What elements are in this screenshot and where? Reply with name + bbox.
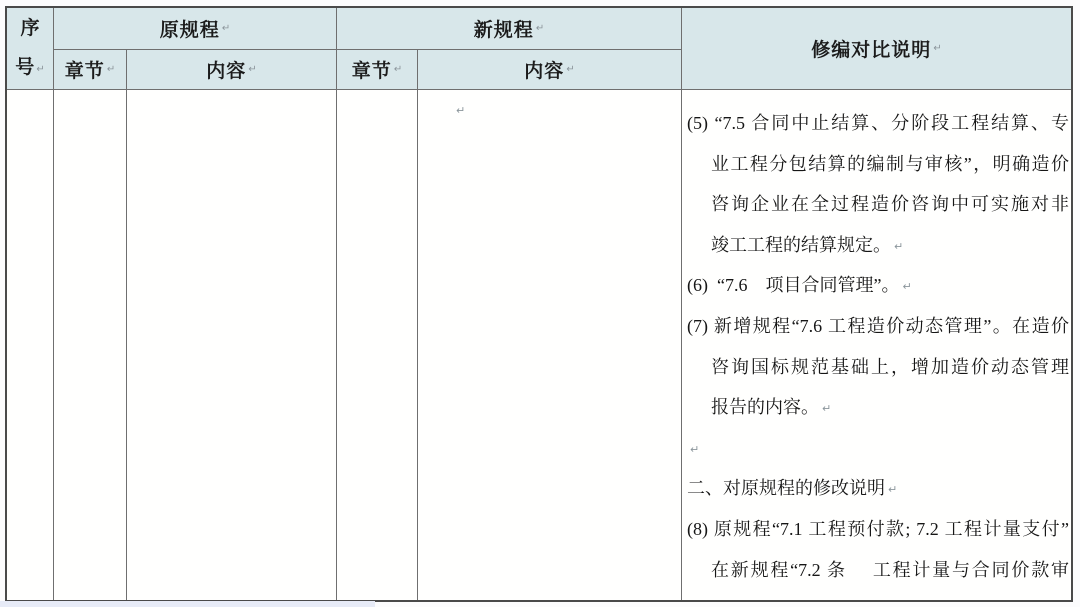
header-new-chapter: 章节↵ — [337, 50, 418, 90]
body-cell-old-content — [127, 90, 337, 600]
header-revision-notes: 修编对比说明↵ — [682, 8, 1071, 90]
header-old-content: 内容↵ — [127, 50, 337, 90]
notes-line: 咨询国标规范基础上，增加造价动态管理 — [711, 347, 1069, 388]
header-serial-char-bottom: 号↵ — [15, 48, 44, 89]
notes-line-text: 报告的内容。 — [711, 397, 819, 417]
header-revision-notes-label: 修编对比说明 — [811, 35, 931, 62]
notes-line: 在新规程“7.2 条 工程计量与合同价款审 — [711, 550, 1069, 591]
header-new-chapter-label: 章节 — [352, 56, 392, 83]
header-new-content-label: 内容 — [524, 56, 564, 83]
header-new-procedure-label: 新规程 — [474, 15, 534, 42]
paragraph-mark-icon: ↵ — [536, 23, 544, 34]
paragraph-mark-icon: ↵ — [690, 443, 699, 456]
paragraph-mark-icon: ↵ — [456, 104, 465, 117]
header-serial-number: 序 号↵ — [7, 8, 54, 90]
body-cell-new-chapter — [337, 90, 418, 600]
notes-line-text: (8) 原规程“7.1 工程预付款; 7.2 工程计量支付” — [687, 519, 1069, 539]
body-cell-serial — [7, 90, 54, 600]
body-cell-revision-notes: (5) “7.5 合同中止结算、分阶段工程结算、专业工程分包结算的编制与审核”，… — [682, 90, 1071, 600]
notes-line: 咨询企业在全过程造价咨询中可实施对非 — [711, 184, 1069, 225]
header-old-content-label: 内容 — [206, 56, 246, 83]
paragraph-mark-icon: ↵ — [894, 240, 903, 253]
header-new-content: 内容↵ — [418, 50, 682, 90]
header-old-procedure-group: 原规程↵ — [54, 8, 337, 50]
notes-line-text: 在新规程“7.2 条 工程计量与合同价款审 — [711, 560, 1069, 580]
header-old-chapter: 章节↵ — [54, 50, 127, 90]
body-cell-old-chapter — [54, 90, 127, 600]
header-old-chapter-label: 章节 — [65, 56, 105, 83]
paragraph-mark-icon: ↵ — [933, 43, 941, 54]
paragraph-mark-icon: ↵ — [902, 280, 911, 293]
notes-line: (6) “7.6 项目合同管理”。↵ — [687, 265, 1069, 306]
notes-line-text: 竣工工程的结算规定。 — [711, 235, 891, 255]
notes-line: 报告的内容。↵ — [711, 387, 1069, 428]
paragraph-mark-icon: ↵ — [822, 402, 831, 415]
paragraph-mark-icon: ↵ — [107, 64, 115, 75]
notes-line: 二、对原规程的修改说明↵ — [687, 468, 1069, 509]
notes-line-text: (5) “7.5 合同中止结算、分阶段工程结算、专 — [687, 113, 1069, 133]
notes-line-text: 咨询国标规范基础上，增加造价动态管理 — [711, 357, 1069, 377]
notes-line: (7) 新增规程“7.6 工程造价动态管理”。在造价 — [687, 306, 1069, 347]
notes-line-text: (6) “7.6 项目合同管理”。 — [687, 275, 899, 295]
notes-line: 竣工工程的结算规定。↵ — [711, 225, 1069, 266]
paragraph-mark-icon: ↵ — [566, 64, 574, 75]
document-page: 序 号↵ 原规程↵ 新规程↵ 修编对比说明↵ 章节↵ 内容↵ 章节↵ 内容↵ — [0, 0, 1080, 607]
paragraph-mark-icon: ↵ — [36, 64, 44, 75]
comparison-table: 序 号↵ 原规程↵ 新规程↵ 修编对比说明↵ 章节↵ 内容↵ 章节↵ 内容↵ — [5, 6, 1073, 602]
paragraph-mark-icon: ↵ — [248, 64, 256, 75]
notes-line: 业工程分包结算的编制与审核”，明确造价 — [711, 144, 1069, 185]
notes-line: ↵ — [687, 428, 1069, 469]
header-serial-char-top: 序 — [20, 9, 39, 48]
notes-line: (8) 原规程“7.1 工程预付款; 7.2 工程计量支付” — [687, 509, 1069, 550]
paragraph-mark-icon: ↵ — [222, 23, 230, 34]
notes-line-text: 二、对原规程的修改说明 — [687, 478, 885, 498]
notes-line-text: 业工程分包结算的编制与审核”，明确造价 — [711, 154, 1069, 174]
body-cell-new-content: ↵ — [418, 90, 682, 600]
notes-line: (5) “7.5 合同中止结算、分阶段工程结算、专 — [687, 103, 1069, 144]
paragraph-mark-icon: ↵ — [888, 483, 897, 496]
notes-line-text: (7) 新增规程“7.6 工程造价动态管理”。在造价 — [687, 316, 1069, 336]
header-old-procedure-label: 原规程 — [160, 15, 220, 42]
paragraph-mark-icon: ↵ — [394, 64, 402, 75]
notes-lines: (5) “7.5 合同中止结算、分阶段工程结算、专业工程分包结算的编制与审核”，… — [687, 103, 1069, 590]
header-new-procedure-group: 新规程↵ — [337, 8, 682, 50]
notes-line-text: 咨询企业在全过程造价咨询中可实施对非 — [711, 194, 1069, 214]
page-bottom-strip — [0, 601, 375, 607]
